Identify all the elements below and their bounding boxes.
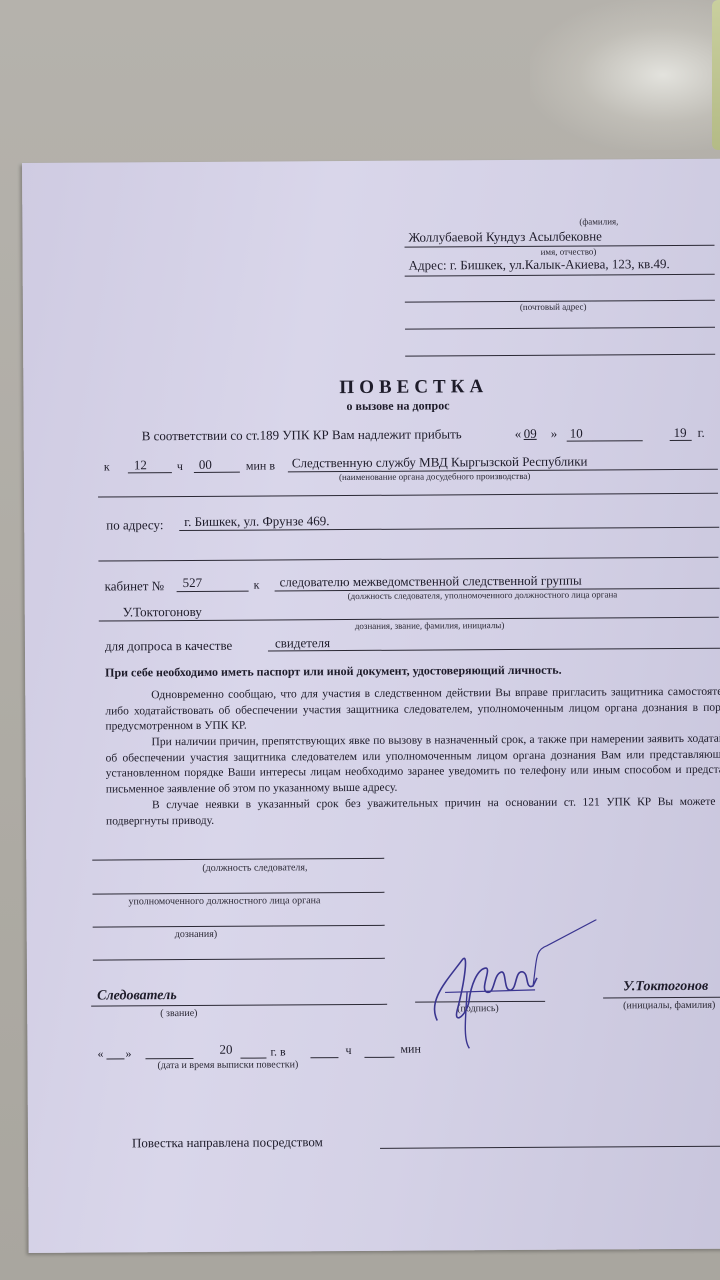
- hour-prefix: к: [104, 459, 110, 474]
- blank-line-2: [405, 354, 715, 357]
- day-open-quote: «: [515, 426, 522, 442]
- investigator-position: следователю межведомственной следственно…: [280, 573, 582, 591]
- summons-minute: 00: [199, 457, 212, 473]
- signer-hint: (инициалы, фамилия): [623, 1000, 715, 1012]
- recipient-address-line: [405, 274, 715, 277]
- position-line-3: [93, 925, 385, 928]
- role-line: [268, 648, 720, 652]
- sent-via-line: [380, 1146, 720, 1149]
- summons-agency: Следственную службу МВД Кыргызской Респу…: [292, 454, 588, 472]
- summons-intro: В соответствии со ст.189 УПК КР Вам надл…: [142, 426, 462, 444]
- background-shadow: [530, 0, 720, 150]
- day-close-quote: »: [551, 426, 558, 442]
- issue-hour-line: [310, 1057, 338, 1058]
- position-hint-2: уполномоченного должностного лица органа: [128, 895, 320, 907]
- hour-line: [128, 472, 172, 473]
- issue-date-hint: (дата и время выписки повестки): [157, 1059, 298, 1071]
- role-label: для допроса в качестве: [105, 638, 232, 655]
- issue-minute-label: мин: [400, 1042, 421, 1057]
- month-line: [567, 440, 643, 441]
- to-label: к: [254, 578, 260, 593]
- year-suffix: г.: [698, 425, 705, 441]
- recipient-address: Адрес: г. Бишкек, ул.Калык-Акиева, 123, …: [409, 256, 670, 274]
- investigator-hint-1: (должность следователя, уполномоченного …: [348, 589, 618, 601]
- summons-month: 10: [570, 426, 583, 442]
- issue-day-open: «: [97, 1047, 103, 1062]
- address-extra-line: [98, 557, 718, 562]
- document-subtitle: о вызове на допрос: [346, 398, 449, 414]
- office-line: [177, 591, 249, 592]
- summons-hour: 12: [134, 457, 147, 473]
- sent-via-label: Повестка направлена посредством: [132, 1134, 323, 1151]
- office-label: кабинет №: [105, 578, 165, 594]
- notice-paragraph-3: В случае неявки в указанный срок без ува…: [106, 795, 720, 830]
- summons-address: г. Бишкек, ул. Фрунзе 469.: [184, 513, 329, 530]
- issue-century: 20: [219, 1042, 232, 1058]
- office-number: 527: [183, 575, 203, 591]
- minute-line: [194, 472, 240, 473]
- notice-paragraph-1: Одновременно сообщаю, что для участия в …: [105, 685, 720, 735]
- handwritten-signature: [407, 920, 598, 1051]
- recipient-name-hint-2: имя, отчество): [541, 246, 597, 256]
- issue-minute-line: [364, 1057, 394, 1058]
- address-label: по адресу:: [106, 517, 163, 533]
- position-line-4: [93, 958, 385, 961]
- document-title: ПОВЕСТКА: [339, 376, 488, 399]
- recipient-name: Жоллубаевой Кундуз Асылбековне: [408, 228, 602, 245]
- postal-address-hint: (почтовый адрес): [520, 302, 587, 312]
- issue-day-line: [106, 1058, 124, 1059]
- rank-hint: ( звание): [160, 1008, 197, 1019]
- year-line: [670, 440, 692, 441]
- summons-day: 09: [524, 426, 537, 442]
- recipient-name-hint-1: (фамилия,: [579, 216, 618, 226]
- position-hint-3: дознания): [175, 929, 218, 940]
- hour-label: ч: [177, 459, 183, 474]
- id-required-notice: При себе необходимо иметь паспорт или ин…: [105, 663, 562, 681]
- notice-paragraph-2: При наличии причин, препятствующих явке …: [105, 732, 720, 798]
- agency-extra-line: [98, 493, 718, 498]
- position-line-1: [92, 858, 384, 861]
- summons-document: (фамилия, Жоллубаевой Кундуз Асылбековне…: [22, 159, 720, 1253]
- summons-year: 19: [674, 425, 687, 441]
- blank-line-1: [405, 327, 715, 330]
- investigator-hint-2: дознания, звание, фамилия, инициалы): [355, 620, 505, 631]
- minute-label: мин в: [246, 458, 275, 473]
- issue-day-close: »: [125, 1046, 131, 1061]
- plant-leaf: [712, 0, 720, 150]
- issue-year-line: [240, 1058, 266, 1059]
- agency-hint: (наименование органа досудебного произво…: [339, 471, 530, 482]
- issue-hour-label: ч: [345, 1043, 351, 1058]
- investigator-name: У.Токтогонову: [123, 604, 202, 620]
- signer-name: У.Токтогонов: [623, 979, 708, 996]
- position-line-2: [92, 892, 384, 895]
- summons-role: свидетеля: [275, 635, 330, 651]
- issue-year-label: г. в: [270, 1044, 285, 1059]
- position-hint-1: (должность следователя,: [202, 862, 307, 874]
- signer-line: [603, 997, 720, 999]
- signer-rank: Следователь: [97, 988, 177, 1004]
